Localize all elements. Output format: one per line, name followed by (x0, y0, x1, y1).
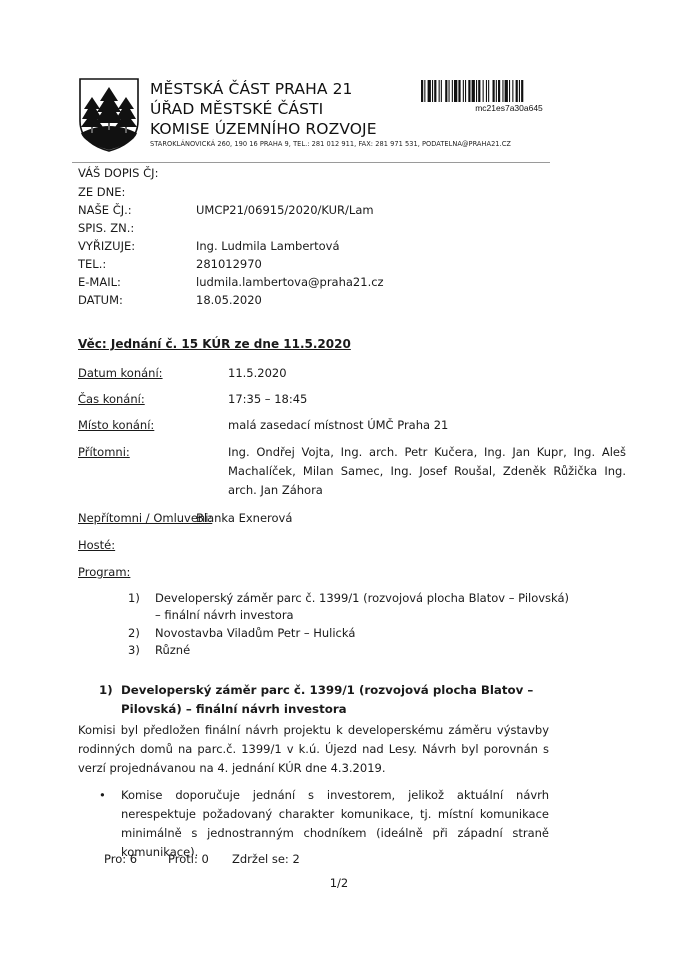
meta-value: Ing. Ludmila Lambertová (196, 239, 340, 253)
program-item-number: 1) (128, 590, 140, 607)
field-label: Místo konání: (78, 416, 154, 435)
meta-value: ludmila.lambertova@praha21.cz (196, 275, 384, 289)
bullet-text: Komise doporučuje jednání s investorem, … (121, 786, 549, 862)
org-name-line-3: KOMISE ÚZEMNÍHO ROZVOJE (150, 120, 377, 138)
field-value: Blanka Exnerová (196, 509, 594, 528)
field-label: Čas konání: (78, 390, 145, 409)
program-item-text: Developerský záměr parc č. 1399/1 (rozvo… (155, 590, 575, 623)
coat-of-arms-trees-icon (78, 77, 140, 153)
field-value: 17:35 – 18:45 (228, 390, 626, 409)
field-label: Hosté: (78, 536, 115, 555)
field-value: malá zasedací místnost ÚMČ Praha 21 (228, 416, 626, 435)
meta-label: NAŠE ČJ.: (78, 203, 132, 217)
barcode (421, 80, 597, 102)
field-value: Ing. Ondřej Vojta, Ing. arch. Petr Kučer… (228, 443, 626, 500)
meta-value: 281012970 (196, 257, 262, 271)
section-title: Developerský záměr parc č. 1399/1 (rozvo… (121, 681, 571, 719)
meta-label: VÁŠ DOPIS ČJ: (78, 166, 158, 180)
meta-label: SPIS. ZN.: (78, 221, 134, 235)
program-item-number: 2) (128, 625, 140, 642)
page-number: 1/2 (300, 876, 378, 890)
meta-label: E-MAIL: (78, 275, 121, 289)
meta-value: UMCP21/06915/2020/KUR/Lam (196, 203, 374, 217)
field-label: Program: (78, 563, 130, 582)
meta-label: VYŘIZUJE: (78, 239, 135, 253)
meta-value: 18.05.2020 (196, 293, 262, 307)
barcode-icon (421, 80, 597, 102)
section-1-paragraph: Komisi byl předložen finální návrh proje… (78, 721, 549, 778)
meta-label: DATUM: (78, 293, 123, 307)
barcode-text: mc21es7a30a645 (421, 103, 597, 113)
vote-proti: Proti: 0 (168, 852, 209, 866)
subject-heading: Věc: Jednání č. 15 KÚR ze dne 11.5.2020 (78, 337, 351, 351)
org-name-line-2: ÚŘAD MĚSTSKÉ ČÁSTI (150, 100, 323, 118)
field-label: Nepřítomni / Omluveni: (78, 509, 212, 528)
section-number: 1) (99, 681, 113, 700)
field-value: 11.5.2020 (228, 364, 626, 383)
meta-label: TEL.: (78, 257, 106, 271)
org-address: STAROKLÁNOVICKÁ 260, 190 16 PRAHA 9, TEL… (150, 140, 511, 148)
field-label: Přítomni: (78, 443, 130, 462)
header-separator (72, 162, 550, 163)
vote-pro: Pro: 6 (104, 852, 137, 866)
program-item-text: Různé (155, 642, 575, 659)
vote-abstain: Zdržel se: 2 (232, 852, 300, 866)
program-item-text: Novostavba Viladům Petr – Hulická (155, 625, 575, 642)
program-item-number: 3) (128, 642, 140, 659)
org-name-line-1: MĚSTSKÁ ČÁST PRAHA 21 (150, 80, 353, 98)
coat-of-arms-logo (78, 77, 140, 153)
meta-label: ZE DNE: (78, 185, 125, 199)
bullet-icon: • (99, 786, 106, 805)
field-label: Datum konání: (78, 364, 163, 383)
